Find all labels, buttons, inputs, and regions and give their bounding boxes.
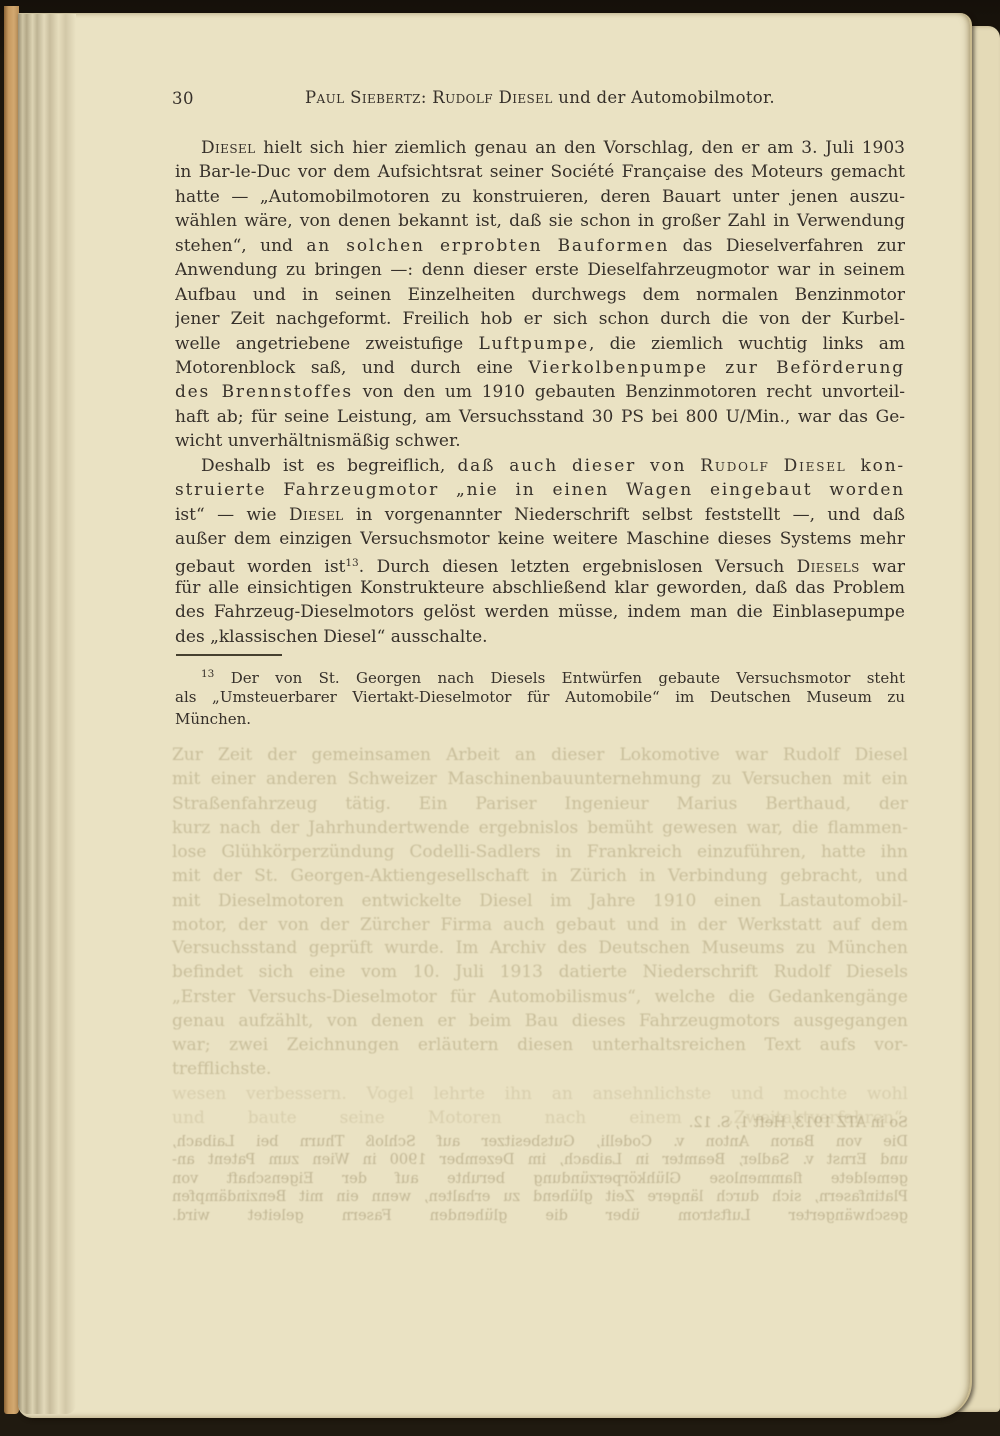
text-segment: Vierkolbenpumpe zur Beförderung: [529, 358, 905, 378]
text-segment: :: [421, 88, 432, 107]
text-line: des „klassischen Diesel“ ausschalte.: [175, 625, 905, 649]
running-header: 30 Paul Siebertz: Rudolf Diesel und der …: [175, 88, 905, 110]
paragraph: Deshalb ist es begreiflich, daß auch die…: [175, 454, 905, 650]
text-segment: Motorenblock saß, und durch eine: [175, 358, 529, 378]
bleedthrough-text-mirrored: So in ATZ 1913, Heft 1, S. 12.Die von Ba…: [172, 1114, 908, 1226]
text-line: des Brennstoffes von den um 1910 gebaute…: [175, 380, 905, 404]
text-line: für alle einsichtigen Konstrukteure absc…: [175, 576, 905, 600]
text-segment: München.: [175, 710, 251, 728]
text-line: wählen wäre, von denen bekannt ist, daß …: [175, 209, 905, 233]
text-segment: , die ziemlich wuchtig links am: [589, 334, 905, 354]
text-segment: . Durch diesen letzten ergebnislosen Ver…: [359, 557, 797, 575]
text-segment: ist“ — wie: [175, 505, 289, 525]
bleedthrough-line: gemeldete flammenlose Glühkörperzündung …: [172, 1170, 908, 1189]
text-line: haft ab; für seine Leistung, am Versuchs…: [175, 405, 905, 429]
bleedthrough-line: mit Dieselmotoren entwickelte Diesel im …: [172, 889, 908, 913]
text-line: gebaut worden ist13. Durch diesen letzte…: [175, 551, 905, 575]
small-caps-text: Diesel: [289, 505, 343, 525]
bleedthrough-line: Die von Baron Anton v. Codelli, Gutsbesi…: [172, 1133, 908, 1152]
footnote-marker: 13: [345, 557, 358, 569]
text-segment: hatte — „Automobilmotoren zu konstruiere…: [175, 187, 905, 207]
bleedthrough-line: mit der St. Georgen-Aktiengesellschaft i…: [172, 864, 908, 888]
text-line: welle angetriebene zweistufige Luftpumpe…: [175, 332, 905, 356]
bleedthrough-line: Straßenfahrzeug tätig. Ein Pariser Ingen…: [172, 792, 908, 816]
text-segment: das Dieselverfahren zur: [669, 236, 905, 256]
text-segment: Anwendung zu bringen —: denn dieser erst…: [175, 260, 905, 280]
text-segment: daß auch dieser von: [457, 456, 700, 476]
text-segment: an solchen erprobten Bauformen: [306, 236, 669, 256]
text-segment: und der Automobilmotor.: [553, 88, 775, 107]
text-segment: des Brennstoffes: [175, 382, 353, 402]
text-segment: welle angetriebene zweistufige: [175, 334, 478, 354]
text-segment: hielt sich hier ziemlich genau an den Vo…: [255, 138, 905, 158]
bleedthrough-line: lose Glühkörperzündung Codelli-Sadlers i…: [172, 840, 908, 864]
text-segment: des Fahrzeug-Dieselmotors gelöst werden …: [175, 602, 905, 622]
bleedthrough-text-upper: Zur Zeit der gemeinsamen Arbeit an diese…: [172, 743, 908, 937]
bleedthrough-line: mit einer anderen Schweizer Maschinenbau…: [172, 767, 908, 791]
text-segment: des „klassischen Diesel“ ausschalte.: [175, 627, 488, 647]
bleedthrough-line: und Ernst v. Sadler, Beamter in Laibach,…: [172, 1151, 908, 1170]
text-segment: kon-: [847, 456, 905, 476]
text-line: als „Umsteuerbarer Viertakt-Dieselmotor …: [175, 686, 905, 708]
text-line: 13 Der von St. Georgen nach Diesels Entw…: [175, 663, 905, 685]
text-segment: wählen wäre, von denen bekannt ist, daß …: [175, 211, 905, 231]
text-line: wicht unverhältnismäßig schwer.: [175, 429, 905, 453]
text-line: hatte — „Automobilmotoren zu konstruiere…: [175, 185, 905, 209]
text-segment: als „Umsteuerbarer Viertakt-Dieselmotor …: [175, 688, 905, 706]
text-line: des Fahrzeug-Dieselmotors gelöst werden …: [175, 600, 905, 624]
text-segment: Der von St. Georgen nach Diesels Entwürf…: [214, 669, 905, 685]
text-line: außer dem einzigen Versuchsmotor keine w…: [175, 527, 905, 551]
footnote: 13 Der von St. Georgen nach Diesels Entw…: [175, 663, 905, 730]
page-edge-stack: [18, 14, 76, 1414]
text-line: München.: [175, 708, 905, 730]
text-segment: gebaut worden ist: [175, 557, 345, 575]
bleedthrough-text-middle: Versuchsstand geprüft wurde. Im Archiv d…: [172, 936, 908, 1130]
text-line: stehen“, und an solchen erprobten Baufor…: [175, 234, 905, 258]
text-segment: Aufbau und in seinen Einzelheiten durchw…: [175, 285, 905, 305]
text-line: Diesel hielt sich hier ziemlich genau an…: [175, 136, 905, 160]
footnote-marker: 13: [201, 668, 214, 680]
text-column: 30 Paul Siebertz: Rudolf Diesel und der …: [175, 88, 905, 730]
bleedthrough-line: genau aufzählt, von denen er beim Bau di…: [172, 1009, 908, 1033]
book-spine-edge: [4, 6, 19, 1414]
bleedthrough-line: „Erster Versuchs-Dieselmotor für Automob…: [172, 985, 908, 1009]
bleedthrough-line: wesen verbessern. Vogel lehrte ihn an an…: [172, 1082, 908, 1106]
text-line: ist“ — wie Diesel in vorgenannter Nieder…: [175, 503, 905, 527]
small-caps-text: Paul Siebertz: [305, 88, 421, 107]
text-segment: in Bar-le-Duc vor dem Aufsichtsrat seine…: [175, 162, 905, 182]
text-segment: für alle einsichtigen Konstrukteure absc…: [175, 578, 905, 598]
text-segment: außer dem einzigen Versuchsmotor keine w…: [175, 529, 905, 549]
page-number: 30: [172, 89, 194, 108]
bleedthrough-line: So in ATZ 1913, Heft 1, S. 12.: [172, 1114, 908, 1133]
text-line: Anwendung zu bringen —: denn dieser erst…: [175, 258, 905, 282]
small-caps-text: Diesel: [201, 138, 255, 158]
text-segment: stehen“, und: [175, 236, 306, 256]
bleedthrough-line: war; zwei Zeichnungen erläutern diesen u…: [172, 1033, 908, 1057]
bleedthrough-line: trefflichste.: [172, 1057, 908, 1081]
footnote-rule: [176, 654, 282, 656]
text-segment: Luftpumpe: [478, 334, 588, 354]
small-caps-text: Rudolf Diesel: [432, 88, 552, 107]
bleedthrough-line: geschwängerter Luftstrom über die glühen…: [172, 1207, 908, 1226]
text-segment: Deshalb ist es begreiflich,: [201, 456, 457, 476]
bleedthrough-line: kurz nach der Jahrhundertwende ergebnisl…: [172, 816, 908, 840]
bleedthrough-line: Versuchsstand geprüft wurde. Im Archiv d…: [172, 936, 908, 960]
small-caps-text: Diesels: [797, 557, 860, 575]
text-segment: war: [860, 557, 905, 575]
body-text: Diesel hielt sich hier ziemlich genau an…: [175, 136, 905, 649]
text-line: in Bar-le-Duc vor dem Aufsichtsrat seine…: [175, 160, 905, 184]
text-segment: struierte Fahrzeugmotor „nie in einen Wa…: [175, 480, 905, 500]
small-caps-text: Rudolf Diesel: [700, 456, 846, 476]
bleedthrough-line: Platinfasern, sich durch längere Zeit gl…: [172, 1188, 908, 1207]
text-segment: von den um 1910 gebauten Benzinmotoren r…: [353, 382, 905, 402]
text-segment: wicht unverhältnismäßig schwer.: [175, 431, 461, 451]
text-segment: in vorgenannter Niederschrift selbst fes…: [344, 505, 905, 525]
text-line: Aufbau und in seinen Einzelheiten durchw…: [175, 283, 905, 307]
bleedthrough-line: Zur Zeit der gemeinsamen Arbeit an diese…: [172, 743, 908, 767]
text-line: Motorenblock saß, und durch eine Vierkol…: [175, 356, 905, 380]
text-line: jener Zeit nachgeformt. Freilich hob er …: [175, 307, 905, 331]
text-line: Deshalb ist es begreiflich, daß auch die…: [175, 454, 905, 478]
text-segment: haft ab; für seine Leistung, am Versuchs…: [175, 407, 905, 427]
text-segment: jener Zeit nachgeformt. Freilich hob er …: [175, 309, 905, 329]
bleedthrough-line: befindet sich eine vom 10. Juli 1913 dat…: [172, 960, 908, 984]
header-title: Paul Siebertz: Rudolf Diesel und der Aut…: [175, 88, 905, 107]
text-line: struierte Fahrzeugmotor „nie in einen Wa…: [175, 478, 905, 502]
bleedthrough-line: motor, der von der Zürcher Firma auch ge…: [172, 913, 908, 937]
paragraph: Diesel hielt sich hier ziemlich genau an…: [175, 136, 905, 454]
